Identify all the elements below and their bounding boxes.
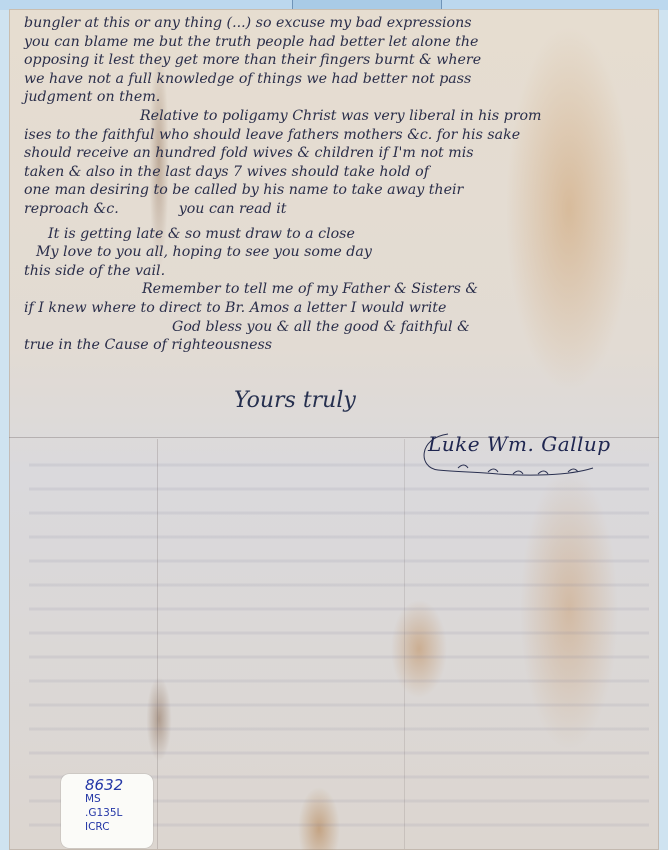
vertical-fold-line-2 [404, 439, 405, 849]
polygamy-line: should receive an hundred fold wives & c… [24, 144, 654, 163]
body-line: opposing it lest they get more than thei… [24, 51, 654, 70]
polygamy-line: one man desiring to be called by his nam… [24, 181, 654, 200]
body-line: judgment on them. [24, 88, 654, 107]
letter-text: bungler at this or any thing (...) so ex… [24, 14, 654, 355]
polygamy-last-line: reproach &c.you can read it [24, 200, 654, 219]
letter-closing: Yours truly [234, 388, 356, 413]
catalog-line: MS [85, 792, 153, 806]
remember-line: Remember to tell me of my Father & Siste… [24, 280, 654, 299]
vertical-fold-line [157, 439, 158, 849]
polygamy-line: ises to the faithful who should leave fa… [24, 126, 654, 145]
catalog-line: ICRC [85, 820, 153, 834]
blessing-line: God bless you & all the good & faithful … [24, 318, 654, 337]
catalog-number: 8632 [85, 778, 153, 792]
signature: Luke Wm. Gallup [428, 432, 611, 456]
catalog-line: .G135L [85, 806, 153, 820]
remember-line: if I knew where to direct to Br. Amos a … [24, 299, 654, 318]
polygamy-line: Relative to poligamy Christ was very lib… [24, 107, 654, 126]
closing-paragraph: It is getting late & so must draw to a c… [24, 225, 654, 244]
love-line: My love to you all, hoping to see you so… [24, 243, 654, 262]
blessing-line: true in the Cause of righteousness [24, 336, 654, 355]
polygamy-line: taken & also in the last days 7 wives sh… [24, 163, 654, 182]
body-line: you can blame me but the truth people ha… [24, 33, 654, 52]
polygamy-aside: you can read it [179, 200, 287, 219]
body-line: bungler at this or any thing (...) so ex… [24, 14, 654, 33]
body-line: we have not a full knowledge of things w… [24, 70, 654, 89]
catalog-label: 8632 MS .G135L ICRC [61, 774, 153, 848]
love-line: this side of the vail. [24, 262, 654, 281]
